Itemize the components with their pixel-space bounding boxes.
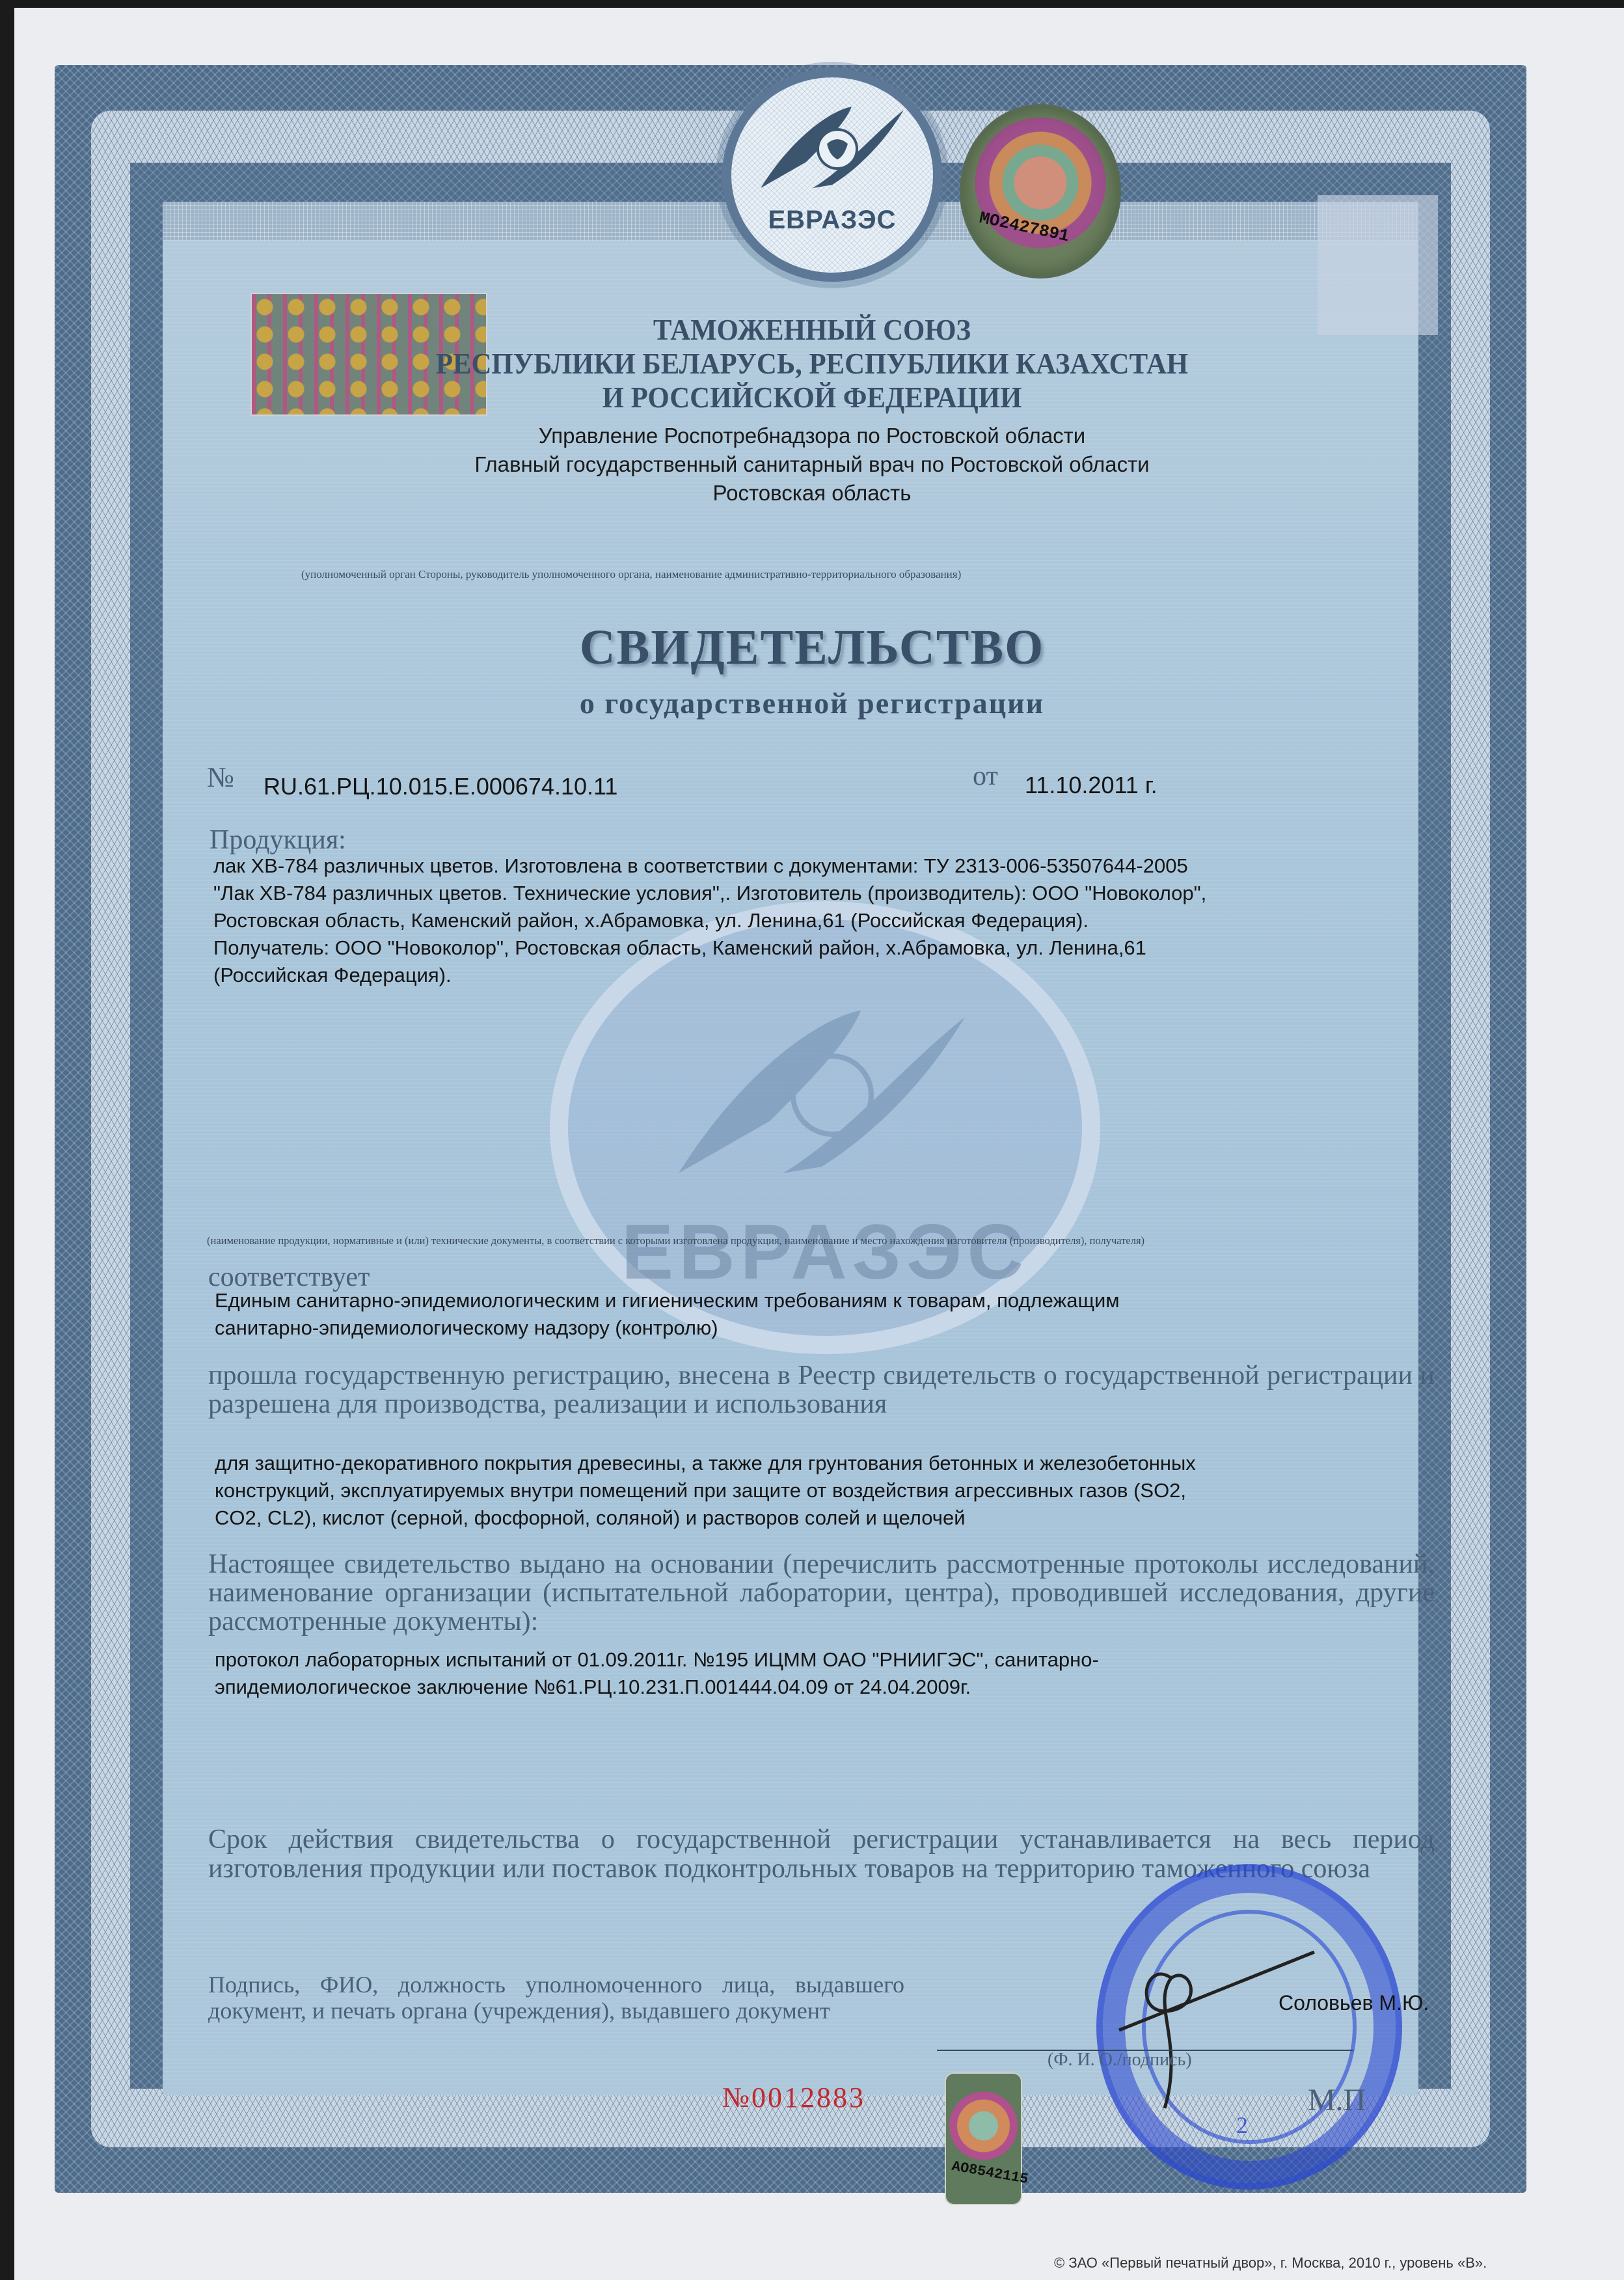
product-line-4: Получатель: ООО "Новоколор", Ростовская … bbox=[213, 934, 1146, 962]
signature-label: Подпись, ФИО, должность уполномоченного … bbox=[208, 1972, 904, 2024]
registration-date: 11.10.2011 г. bbox=[1025, 772, 1157, 799]
compliance-line-1: Единым санитарно-эпидемиологическим и ги… bbox=[215, 1287, 1120, 1314]
hologram-seal-bottom: АО8542115 bbox=[945, 2072, 1022, 2205]
union-line-1: ТАМОЖЕННЫЙ СОЮЗ bbox=[57, 311, 1567, 349]
globe-swoosh-watermark-icon bbox=[666, 978, 978, 1199]
handwritten-signature-icon bbox=[1106, 1939, 1321, 2115]
product-label: Продукция: bbox=[210, 825, 346, 855]
authority-line-1: Управление Роспотребнадзора по Ростовско… bbox=[0, 422, 1624, 450]
seal-place-mark: М.П bbox=[1308, 2082, 1366, 2118]
date-prefix: от bbox=[973, 761, 998, 791]
printer-credit: © ЗАО «Первый печатный двор», г. Москва,… bbox=[1054, 2255, 1487, 2272]
product-caption: (наименование продукции, нормативные и (… bbox=[207, 1234, 1144, 1247]
signature-line-caption: (Ф. И. О./подпись) bbox=[1048, 2050, 1192, 2070]
authority-line-3: Ростовская область bbox=[0, 479, 1624, 508]
blank-serial-number: №0012883 bbox=[722, 2081, 865, 2114]
product-line-5: (Российская Федерация). bbox=[213, 962, 452, 989]
globe-swoosh-icon bbox=[754, 97, 910, 195]
number-prefix: № bbox=[207, 763, 234, 793]
union-line-3: И РОССИЙСКОЙ ФЕДЕРАЦИИ bbox=[57, 379, 1567, 416]
product-line-3: Ростовская область, Каменский район, х.А… bbox=[213, 907, 1089, 934]
watermark-label: ЕВРАЗЭС bbox=[568, 1207, 1082, 1297]
basis-line-2: эпидемиологическое заключение №61.РЦ.10.… bbox=[215, 1674, 971, 1701]
authority-line-2: Главный государственный санитарный врач … bbox=[0, 450, 1624, 479]
hologram-serial-top: MO2427891 bbox=[977, 208, 1071, 247]
registration-number: RU.61.РЦ.10.015.Е.000674.10.11 bbox=[264, 773, 617, 800]
compliance-line-2: санитарно-эпидемиологическому надзору (к… bbox=[215, 1314, 718, 1342]
usage-line-2: конструкций, эксплуатируемых внутри поме… bbox=[215, 1477, 1186, 1504]
registration-statement: прошла государственную регистрацию, внес… bbox=[208, 1361, 1435, 1418]
usage-line-3: CO2, CL2), кислот (серной, фосфорной, со… bbox=[215, 1504, 966, 1532]
stamp-number: 2 bbox=[1236, 2111, 1248, 2139]
basis-statement: Настоящее свидетельство выдано на основа… bbox=[208, 1550, 1435, 1636]
evrazes-watermark: ЕВРАЗЭС bbox=[550, 901, 1100, 1354]
hologram-seal-top: MO2427891 bbox=[960, 104, 1121, 278]
hologram-serial-bottom: АО8542115 bbox=[951, 2158, 1029, 2188]
usage-line-1: для защитно-декоративного покрытия древе… bbox=[215, 1450, 1196, 1477]
certificate-title: СВИДЕТЕЛЬСТВО bbox=[0, 619, 1624, 676]
evrazes-emblem: ЕВРАЗЭС bbox=[722, 68, 942, 282]
union-line-2: РЕСПУБЛИКИ БЕЛАРУСЬ, РЕСПУБЛИКИ КАЗАХСТА… bbox=[57, 345, 1567, 383]
product-line-2: "Лак ХВ-784 различных цветов. Технически… bbox=[213, 880, 1206, 907]
signer-name: Соловьев М.Ю. bbox=[1279, 1991, 1429, 2015]
basis-line-1: протокол лабораторных испытаний от 01.09… bbox=[215, 1646, 1099, 1674]
certificate-subtitle: о государственной регистрации bbox=[0, 686, 1624, 720]
emblem-label: ЕВРАЗЭС bbox=[768, 206, 896, 235]
product-line-1: лак ХВ-784 различных цветов. Изготовлена… bbox=[213, 852, 1188, 880]
authority-caption: (уполномоченный орган Стороны, руководит… bbox=[301, 568, 961, 581]
